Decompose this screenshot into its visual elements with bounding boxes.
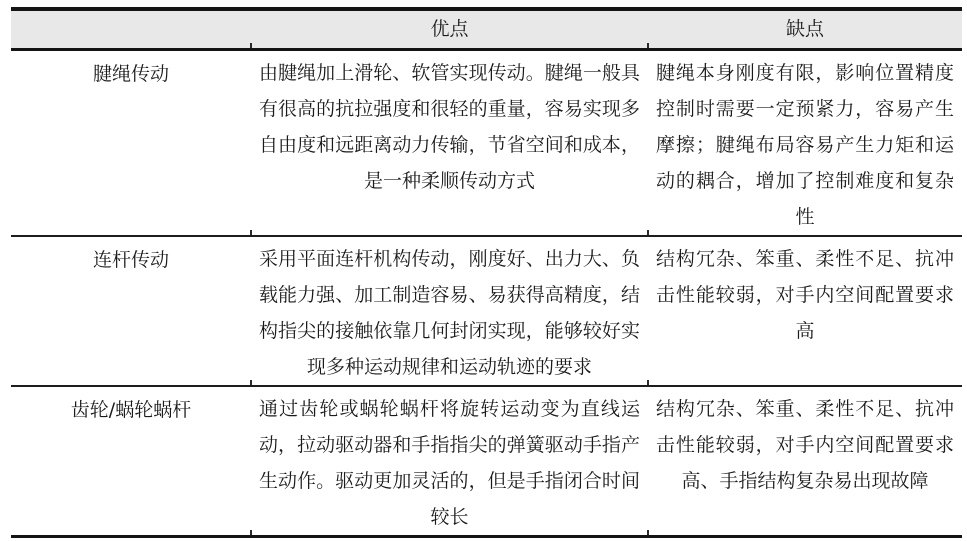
column-divider-tick bbox=[647, 43, 649, 48]
table-bottom-rule-wrap bbox=[11, 535, 962, 538]
advantage-cell: 采用平面连杆机构传动，刚度好、出力大、负载能力强、加工制造容易、易获得高精度，结… bbox=[251, 237, 648, 385]
disadvantage-cell: 结构冗杂、笨重、柔性不足、抗冲击性能较弱，对手内空间配置要求高 bbox=[648, 237, 962, 385]
header-cell-disadvantages: 缺点 bbox=[648, 11, 962, 48]
table-bottom-rule bbox=[11, 535, 962, 538]
column-divider-tick bbox=[647, 230, 649, 235]
table-header-row: 优点 缺点 bbox=[11, 11, 962, 51]
column-divider-tick bbox=[250, 43, 252, 48]
table-row-linkage-drive: 连杆传动 采用平面连杆机构传动，刚度好、出力大、负载能力强、加工制造容易、易获得… bbox=[11, 237, 962, 387]
table-row-gear-worm-drive: 齿轮/蜗轮蜗杆 通过齿轮或蜗轮蜗杆将旋转运动变为直线运动，拉动驱动器和手指指尖的… bbox=[11, 387, 962, 535]
advantage-cell: 由腱绳加上滑轮、软管实现传动。腱绳一般具有很高的抗拉强度和很轻的重量，容易实现多… bbox=[251, 51, 648, 235]
column-divider-tick bbox=[250, 530, 252, 535]
disadvantage-cell: 结构冗杂、笨重、柔性不足、抗冲击性能较弱，对手内空间配置要求高、手指结构复杂易出… bbox=[648, 387, 962, 535]
row-label: 腱绳传动 bbox=[11, 51, 251, 235]
row-label: 齿轮/蜗轮蜗杆 bbox=[11, 387, 251, 535]
header-cell-advantages: 优点 bbox=[251, 11, 648, 48]
row-label: 连杆传动 bbox=[11, 237, 251, 385]
column-divider-tick bbox=[250, 380, 252, 385]
column-divider-tick bbox=[647, 380, 649, 385]
document-page: 优点 缺点 腱绳传动 由腱绳加上滑轮、软管实现传动。腱绳一般具有很高的抗拉强度和… bbox=[0, 0, 967, 541]
column-divider-tick bbox=[647, 530, 649, 535]
table-row-tendon-drive: 腱绳传动 由腱绳加上滑轮、软管实现传动。腱绳一般具有很高的抗拉强度和很轻的重量，… bbox=[11, 51, 962, 237]
advantage-cell: 通过齿轮或蜗轮蜗杆将旋转运动变为直线运动，拉动驱动器和手指指尖的弹簧驱动手指产生… bbox=[251, 387, 648, 535]
disadvantage-cell: 腱绳本身刚度有限，影响位置精度控制时需要一定预紧力，容易产生摩擦；腱绳布局容易产… bbox=[648, 51, 962, 235]
column-divider-tick bbox=[250, 230, 252, 235]
comparison-table: 优点 缺点 腱绳传动 由腱绳加上滑轮、软管实现传动。腱绳一般具有很高的抗拉强度和… bbox=[11, 7, 962, 538]
